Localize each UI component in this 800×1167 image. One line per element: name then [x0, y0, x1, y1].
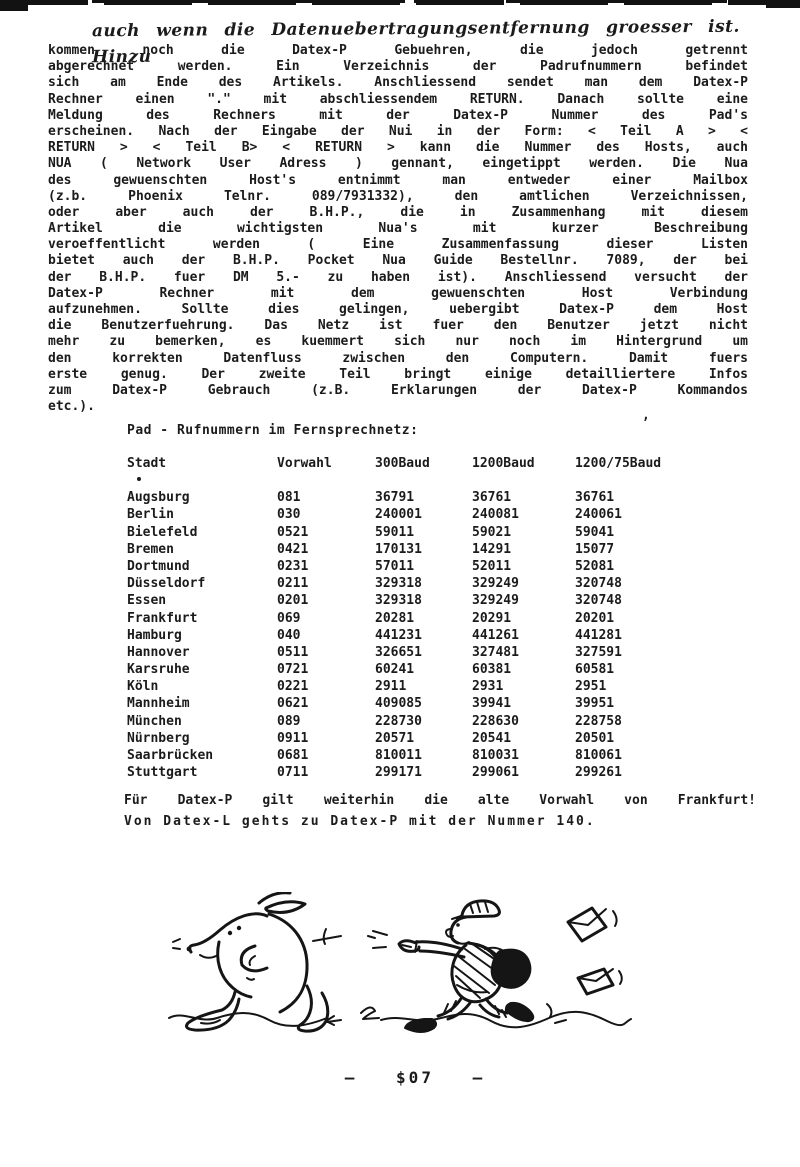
- table-row: Hamburg040441231441261441281: [127, 627, 747, 644]
- table-body: Augsburg081367913676136761Berlin03024000…: [127, 489, 747, 781]
- table-cell: 0911: [277, 730, 375, 747]
- table-row: Augsburg081367913676136761: [127, 489, 747, 506]
- squiggle-2-icon: [361, 1007, 379, 1019]
- table-cell: 0211: [277, 575, 375, 592]
- table-cell: 59041: [575, 524, 747, 541]
- table-cell: 15077: [575, 541, 747, 558]
- table-cell: 228630: [472, 713, 575, 730]
- paragraph-line: Meldung des Rechners mit der Datex-P Num…: [48, 108, 748, 124]
- envelope-icon: [568, 908, 617, 941]
- body-paragraph: kommen noch die Datex-P Gebuehren, die j…: [48, 43, 748, 415]
- table-cell: 36761: [472, 489, 575, 506]
- table-cell: 36761: [575, 489, 747, 506]
- table-cell: 60241: [375, 661, 472, 678]
- datex-notes: Für Datex-P gilt weiterhin die alte Vorw…: [124, 791, 756, 832]
- table-cell: 0231: [277, 558, 375, 575]
- table-cell: 14291: [472, 541, 575, 558]
- table-cell: 60581: [575, 661, 747, 678]
- paragraph-line: der B.H.P. fuer DM 5.- zu haben ist). An…: [48, 270, 748, 286]
- table-cell: 59011: [375, 524, 472, 541]
- table-cell: 2931: [472, 678, 575, 695]
- paragraph-line: abgerechnet werden. Ein Verzeichnis der …: [48, 59, 748, 75]
- paragraph-line: bietet auch der B.H.P. Pocket Nua Guide …: [48, 253, 748, 269]
- running-man-icon: [368, 901, 566, 1032]
- table-row: Karsruhe0721602416038160581: [127, 661, 747, 678]
- table-cell: 39941: [472, 695, 575, 712]
- table-cell: 170131: [375, 541, 472, 558]
- dog-icon: [173, 893, 328, 1031]
- paragraph-line: (z.b. Phoenix Telnr. 089/7931332), den a…: [48, 189, 748, 205]
- table-cell: 228730: [375, 713, 472, 730]
- table-row: Saarbrücken0681810011810031810061: [127, 747, 747, 764]
- paragraph-line: Rechner einen "." mit abschliessendem RE…: [48, 92, 748, 108]
- table-cell: Bielefeld: [127, 524, 277, 541]
- table-cell: 329249: [472, 575, 575, 592]
- table-cell: 20541: [472, 730, 575, 747]
- paragraph-line: den korrekten Datenfluss zwischen den Co…: [48, 351, 748, 367]
- table-cell: 0721: [277, 661, 375, 678]
- pad-numbers-table: StadtVorwahl300Baud1200Baud1200/75Baud A…: [127, 455, 747, 781]
- column-header: Vorwahl: [277, 455, 375, 472]
- table-cell: 0511: [277, 644, 375, 661]
- scan-noise-mark: ,: [642, 408, 650, 423]
- table-cell: 329249: [472, 592, 575, 609]
- table-cell: 441281: [575, 627, 747, 644]
- table-cell: 2951: [575, 678, 747, 695]
- table-row: Stuttgart0711299171299061299261: [127, 764, 747, 781]
- table-cell: Berlin: [127, 506, 277, 523]
- table-cell: 409085: [375, 695, 472, 712]
- table-cell: Nürnberg: [127, 730, 277, 747]
- table-cell: 52011: [472, 558, 575, 575]
- table-cell: München: [127, 713, 277, 730]
- paragraph-line: zum Datex-P Gebrauch (z.B. Erklarungen d…: [48, 383, 748, 399]
- table-cell: 0201: [277, 592, 375, 609]
- table-row: Dortmund0231570115201152081: [127, 558, 747, 575]
- table-row: Essen0201329318329249320748: [127, 592, 747, 609]
- note-line: Für Datex-P gilt weiterhin die alte Vorw…: [124, 791, 756, 812]
- table-row: Köln0221291129312951: [127, 678, 747, 695]
- column-header: 1200Baud: [472, 455, 575, 472]
- table-cell: Augsburg: [127, 489, 277, 506]
- table-cell: 810061: [575, 747, 747, 764]
- table-cell: 240001: [375, 506, 472, 523]
- table-cell: 810011: [375, 747, 472, 764]
- table-cell: 2911: [375, 678, 472, 695]
- column-header: 300Baud: [375, 455, 472, 472]
- table-cell: 329318: [375, 575, 472, 592]
- table-cell: Bremen: [127, 541, 277, 558]
- table-cell: 327481: [472, 644, 575, 661]
- table-cell: 089: [277, 713, 375, 730]
- table-cell: Hannover: [127, 644, 277, 661]
- scan-noise-dot: [137, 477, 141, 481]
- table-cell: 040: [277, 627, 375, 644]
- table-cell: 0521: [277, 524, 375, 541]
- table-cell: 327591: [575, 644, 747, 661]
- paragraph-line: Artikel die wichtigsten Nua's mit kurzer…: [48, 221, 748, 237]
- table-cell: 030: [277, 506, 375, 523]
- table-row: Berlin030240001240081240061: [127, 506, 747, 523]
- table-cell: 441261: [472, 627, 575, 644]
- table-header-row: StadtVorwahl300Baud1200Baud1200/75Baud: [127, 455, 747, 472]
- paragraph-line: NUA ( Network User Adress ) gennant, ein…: [48, 156, 748, 172]
- table-cell: 326651: [375, 644, 472, 661]
- paragraph-line: Datex-P Rechner mit dem gewuenschten Hos…: [48, 286, 748, 302]
- envelope-icon: [578, 969, 622, 994]
- table-cell: Köln: [127, 678, 277, 695]
- table-cell: Stuttgart: [127, 764, 277, 781]
- table-cell: 320748: [575, 592, 747, 609]
- table-row: München089228730228630228758: [127, 713, 747, 730]
- table-row: Düsseldorf0211329318329249320748: [127, 575, 747, 592]
- table-cell: 228758: [575, 713, 747, 730]
- paragraph-line: oder aber auch der B.H.P., die in Zusamm…: [48, 205, 748, 221]
- table-cell: 36791: [375, 489, 472, 506]
- table-cell: Mannheim: [127, 695, 277, 712]
- cartoon-dog-and-running-mailman: [165, 892, 635, 1042]
- table-row: Bielefeld0521590115902159041: [127, 524, 747, 541]
- paragraph-line: kommen noch die Datex-P Gebuehren, die j…: [48, 43, 748, 59]
- table-cell: Hamburg: [127, 627, 277, 644]
- paragraph-line: die Benutzerfuehrung. Das Netz ist fuer …: [48, 318, 748, 334]
- doodle-mark-icon: [313, 929, 341, 944]
- table-cell: 810031: [472, 747, 575, 764]
- table-cell: 20571: [375, 730, 472, 747]
- table-row: Mannheim06214090853994139951: [127, 695, 747, 712]
- table-cell: 0421: [277, 541, 375, 558]
- table-cell: 240061: [575, 506, 747, 523]
- table-cell: Essen: [127, 592, 277, 609]
- table-cell: 20281: [375, 610, 472, 627]
- table-cell: Karsruhe: [127, 661, 277, 678]
- table-cell: 240081: [472, 506, 575, 523]
- table-cell: Saarbrücken: [127, 747, 277, 764]
- table-cell: 0681: [277, 747, 375, 764]
- table-row: Hannover0511326651327481327591: [127, 644, 747, 661]
- table-cell: 0221: [277, 678, 375, 695]
- paragraph-line: sich am Ende des Artikels. Anschliessend…: [48, 75, 748, 91]
- paragraph-line: RETURN > < Teil B> < RETURN > kann die N…: [48, 140, 748, 156]
- table-row: Nürnberg0911205712054120501: [127, 730, 747, 747]
- table-cell: 299061: [472, 764, 575, 781]
- table-cell: 39951: [575, 695, 747, 712]
- table-cell: 0711: [277, 764, 375, 781]
- paragraph-line: des gewuenschten Host's entnimmt man ent…: [48, 173, 748, 189]
- paragraph-line: mehr zu bemerken, es kuemmert sich nur n…: [48, 334, 748, 350]
- table-cell: Düsseldorf: [127, 575, 277, 592]
- table-cell: 069: [277, 610, 375, 627]
- table-title: Pad - Rufnummern im Fernsprechnetz:: [127, 423, 418, 438]
- table-cell: 52081: [575, 558, 747, 575]
- column-header: Stadt: [127, 455, 277, 472]
- table-cell: 20291: [472, 610, 575, 627]
- table-cell: 320748: [575, 575, 747, 592]
- scan-edge-artifact: [0, 0, 800, 7]
- column-header: 1200/75Baud: [575, 455, 747, 472]
- paragraph-line: erscheinen. Nach der Eingabe der Nui in …: [48, 124, 748, 140]
- paragraph-line: erste genug. Der zweite Teil bringt eini…: [48, 367, 748, 383]
- table-cell: 329318: [375, 592, 472, 609]
- table-cell: 60381: [472, 661, 575, 678]
- table-cell: 20201: [575, 610, 747, 627]
- table-row: Frankfurt069202812029120201: [127, 610, 747, 627]
- table-cell: 441231: [375, 627, 472, 644]
- page-number: — $07 —: [330, 1068, 500, 1087]
- table-cell: 299261: [575, 764, 747, 781]
- paragraph-line: veroeffentlicht werden ( Eine Zusammenfa…: [48, 237, 748, 253]
- table-cell: 081: [277, 489, 375, 506]
- table-cell: 20501: [575, 730, 747, 747]
- note-line: Von Datex-L gehts zu Datex-P mit der Num…: [124, 812, 756, 833]
- scanned-document-page: auch wenn die Datenuebertragungsentfernu…: [0, 0, 800, 1167]
- table-cell: Frankfurt: [127, 610, 277, 627]
- table-cell: Dortmund: [127, 558, 277, 575]
- table-cell: 59021: [472, 524, 575, 541]
- paragraph-line: aufzunehmen. Sollte dies gelingen, ueber…: [48, 302, 748, 318]
- table-row: Bremen04211701311429115077: [127, 541, 747, 558]
- table-cell: 57011: [375, 558, 472, 575]
- table-cell: 0621: [277, 695, 375, 712]
- table-cell: 299171: [375, 764, 472, 781]
